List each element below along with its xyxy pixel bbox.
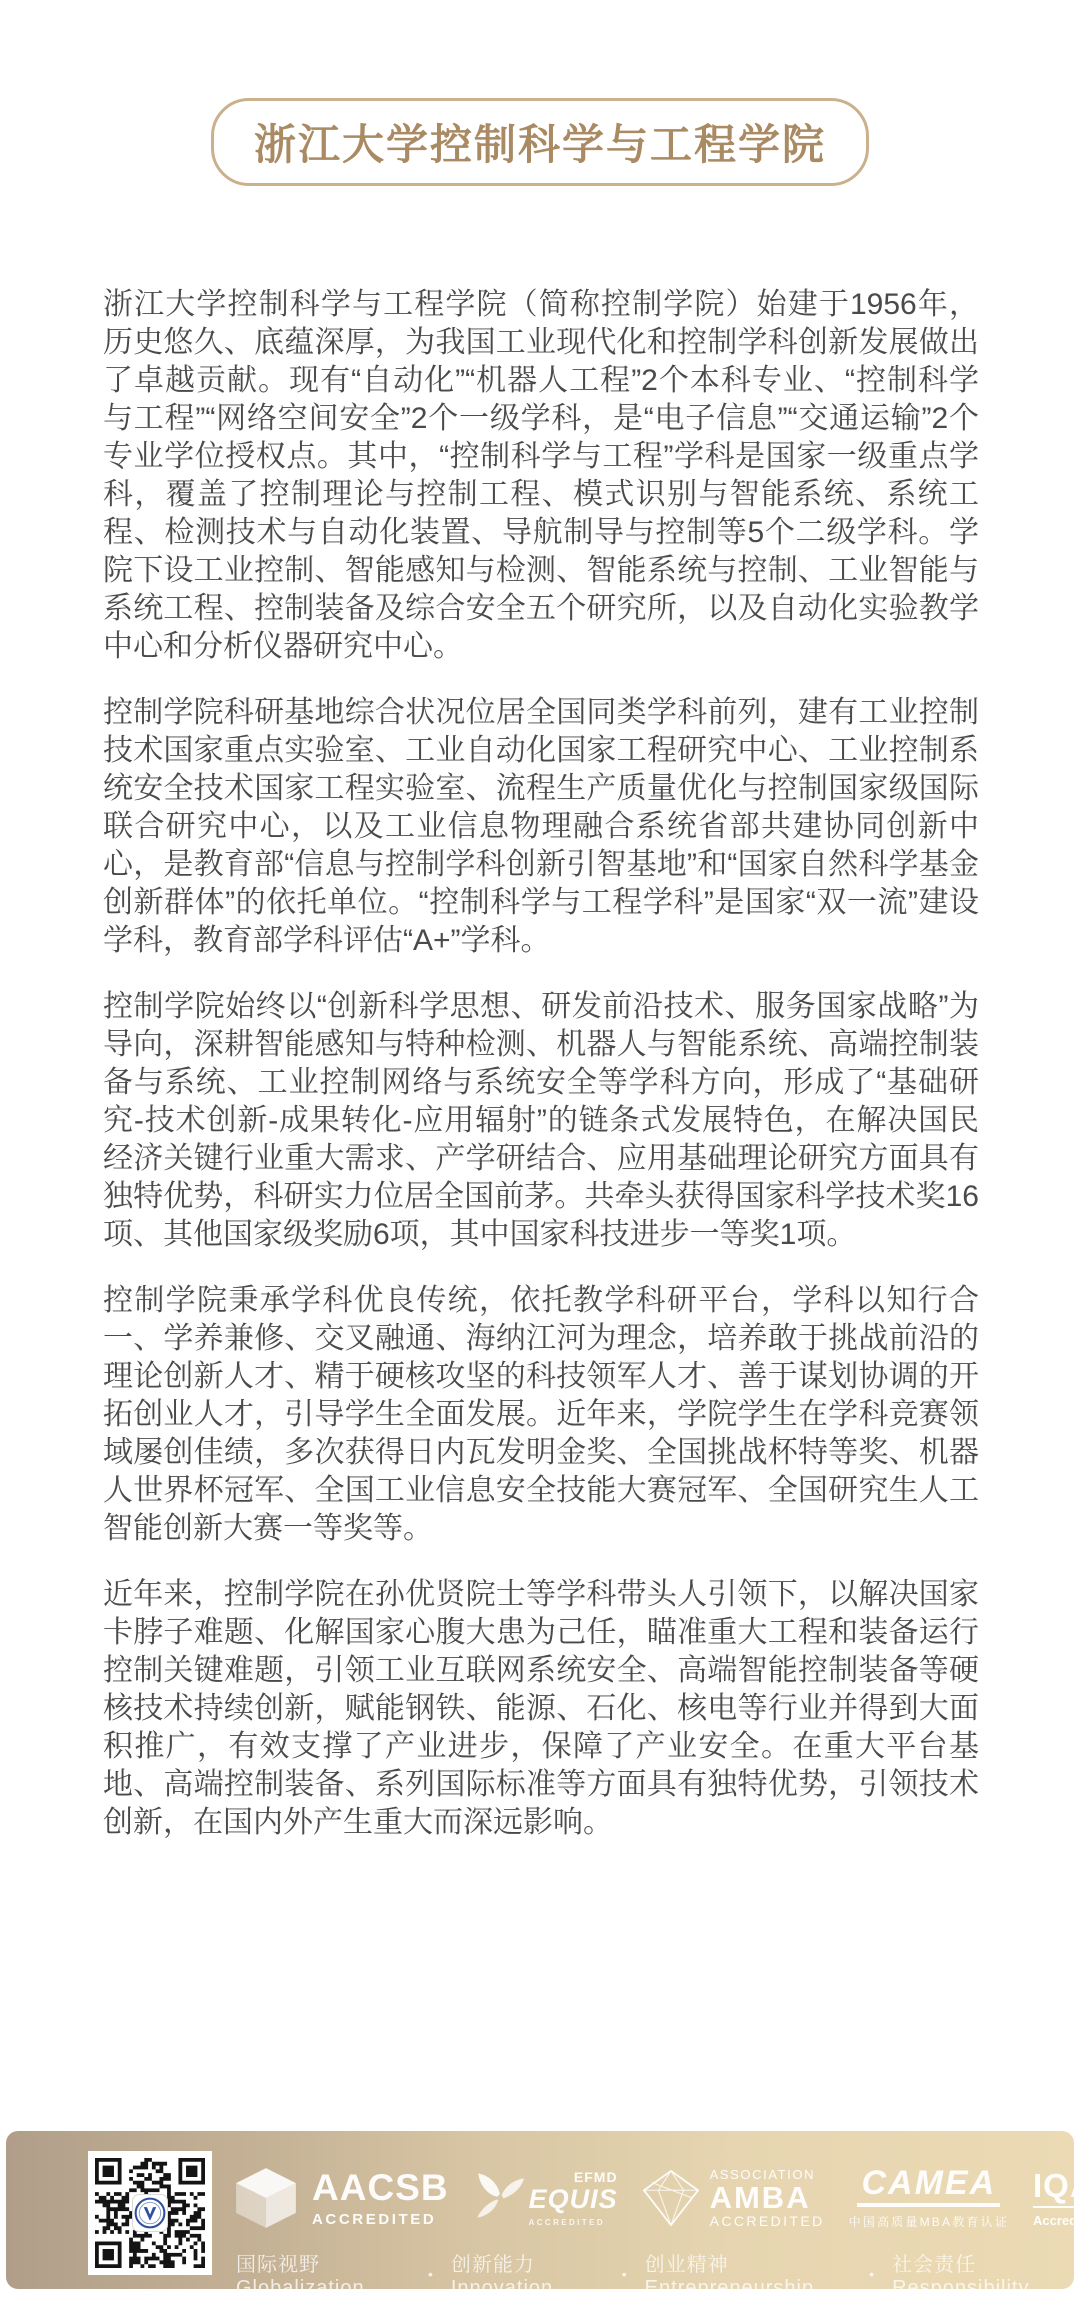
paragraph-research-strength: 控制学院始终以“创新科学思想、研发前沿技术、服务国家战略”为导向，深耕智能感知与… xyxy=(103,988,979,1254)
tagline-globalization: 国际视野 Globalization xyxy=(236,2248,411,2299)
paragraph-history: 浙江大学控制科学与工程学院（简称控制学院）始建于1956年，历史悠久、底蕴深厚，… xyxy=(103,286,979,666)
tagline-separator: • xyxy=(869,2266,875,2282)
efmd-wordmark: EFMD xyxy=(529,2169,618,2185)
aacsb-accredited-label: ACCREDITED xyxy=(312,2211,449,2228)
amba-logo: ASSOCIATION AMBA ACCREDITED xyxy=(642,2167,825,2230)
tagline-innovation: 创新能力 Innovation xyxy=(451,2248,605,2299)
equis-mark-icon xyxy=(473,2169,525,2221)
footer-tagline: 国际视野 Globalization • 创新能力 Innovation • 创… xyxy=(236,2248,1074,2299)
college-title-banner: 浙江大学控制科学与工程学院 xyxy=(211,98,869,186)
accreditation-logos: AACSB ACCREDITED EFMD EQUIS ACCREDITED xyxy=(234,2157,1054,2239)
paragraph-research-bases: 控制学院科研基地综合状况位居全国同类学科前列，建有工业控制技术国家重点实验室、工… xyxy=(103,694,979,960)
tagline-separator: • xyxy=(622,2266,628,2282)
camea-subtitle: 中国高质量MBA教育认证 xyxy=(849,2213,1009,2230)
iqa-accredited-label: Accredited xyxy=(1033,2213,1080,2228)
amba-diamond-icon xyxy=(642,2169,700,2227)
qr-code xyxy=(88,2151,212,2275)
aacsb-cube-icon xyxy=(234,2166,298,2230)
aacsb-wordmark: AACSB xyxy=(312,2169,449,2206)
paragraph-education: 控制学院秉承学科优良传统，依托教学科研平台，学科以知行合一、学养兼修、交叉融通、… xyxy=(103,1282,979,1548)
camea-logo: CAMEA 中国高质量MBA教育认证 xyxy=(849,2166,1009,2230)
footer-band: AACSB ACCREDITED EFMD EQUIS ACCREDITED xyxy=(6,2131,1074,2289)
iqa-wordmark: IQA xyxy=(1033,2169,1080,2208)
tagline-responsibility: 社会责任 Responsibility xyxy=(892,2248,1074,2299)
camea-wordmark: CAMEA xyxy=(857,2166,1000,2207)
equis-logo: EFMD EQUIS ACCREDITED xyxy=(473,2169,618,2226)
aacsb-logo: AACSB ACCREDITED xyxy=(234,2166,449,2230)
tagline-entrepreneurship: 创业精神 Entrepreneurship xyxy=(645,2248,853,2299)
tagline-separator: • xyxy=(428,2266,434,2282)
iqa-logo: ❚❚❚ CEEMAN IQA Accredited xyxy=(1033,2169,1080,2228)
page-title: 浙江大学控制科学与工程学院 xyxy=(254,112,826,172)
equis-accredited-label: ACCREDITED xyxy=(529,2218,618,2227)
article-body: 浙江大学控制科学与工程学院（简称控制学院）始建于1956年，历史悠久、底蕴深厚，… xyxy=(103,286,979,1870)
paragraph-impact: 近年来，控制学院在孙优贤院士等学科带头人引领下，以解决国家卡脖子难题、化解国家心… xyxy=(103,1576,979,1842)
equis-wordmark: EQUIS xyxy=(529,2185,618,2213)
university-seal-icon xyxy=(132,2194,168,2232)
amba-wordmark: AMBA xyxy=(710,2182,825,2214)
amba-accredited-label: ACCREDITED xyxy=(710,2213,825,2229)
